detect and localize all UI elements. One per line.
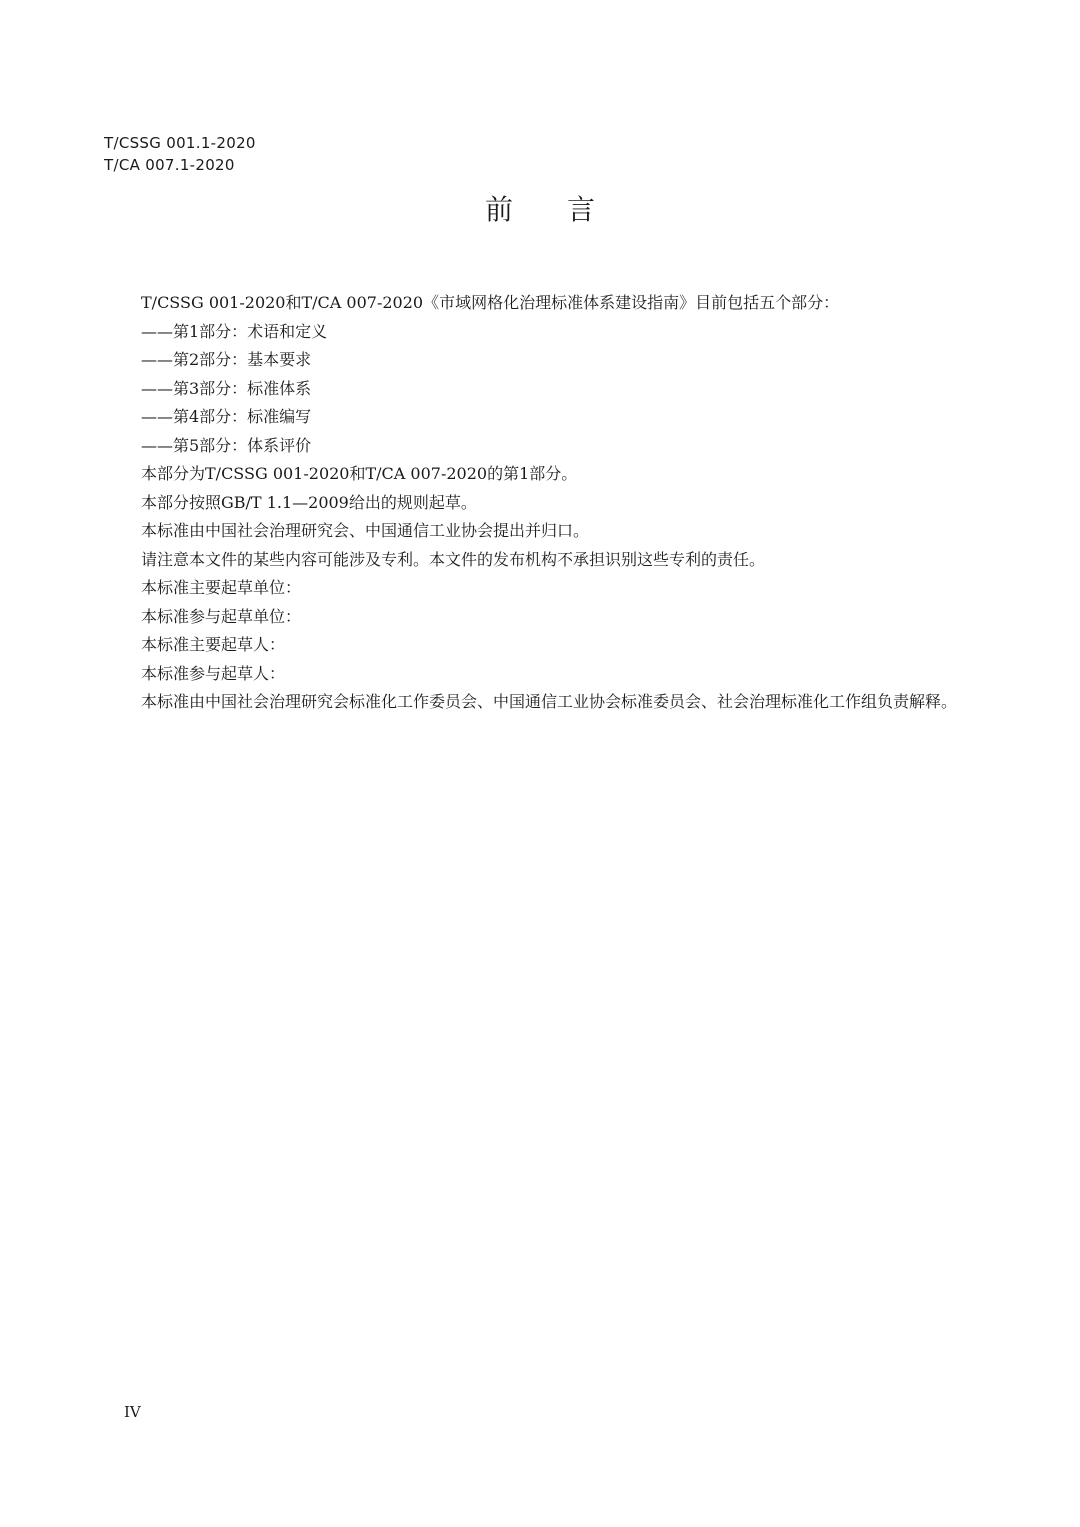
page-number: IV	[124, 1403, 141, 1421]
paragraph: 本标准由中国社会治理研究会、中国通信工业协会提出并归口。	[104, 517, 964, 546]
standard-code-cssg: T/CSSG 001.1-2020	[104, 132, 256, 154]
main-drafters: 本标准主要起草人：	[104, 631, 964, 660]
part-list-item: ——第5部分：体系评价	[104, 432, 964, 461]
part-list-item: ——第1部分：术语和定义	[104, 318, 964, 347]
title-char-2: 言	[567, 190, 595, 230]
paragraph: 本部分为T/CSSG 001-2020和T/CA 007-2020的第1部分。	[104, 460, 964, 489]
participating-drafters: 本标准参与起草人：	[104, 660, 964, 689]
patent-notice: 请注意本文件的某些内容可能涉及专利。本文件的发布机构不承担识别这些专利的责任。	[104, 546, 964, 575]
participating-drafting-units: 本标准参与起草单位：	[104, 603, 964, 632]
standard-code-ca: T/CA 007.1-2020	[104, 154, 256, 176]
paragraph: 本部分按照GB/T 1.1—2009给出的规则起草。	[104, 489, 964, 518]
interpretation-paragraph: 本标准由中国社会治理研究会标准化工作委员会、中国通信工业协会标准委员会、社会治理…	[104, 688, 964, 717]
standard-codes: T/CSSG 001.1-2020 T/CA 007.1-2020	[104, 132, 256, 176]
intro-paragraph: T/CSSG 001-2020和T/CA 007-2020《市域网格化治理标准体…	[104, 289, 964, 318]
part-list-item: ——第4部分：标准编写	[104, 403, 964, 432]
part-list-item: ——第3部分：标准体系	[104, 375, 964, 404]
part-list-item: ——第2部分：基本要求	[104, 346, 964, 375]
page-title: 前言	[0, 190, 1080, 230]
foreword-body: T/CSSG 001-2020和T/CA 007-2020《市域网格化治理标准体…	[104, 289, 964, 717]
title-char-1: 前	[485, 190, 513, 230]
main-drafting-units: 本标准主要起草单位：	[104, 574, 964, 603]
